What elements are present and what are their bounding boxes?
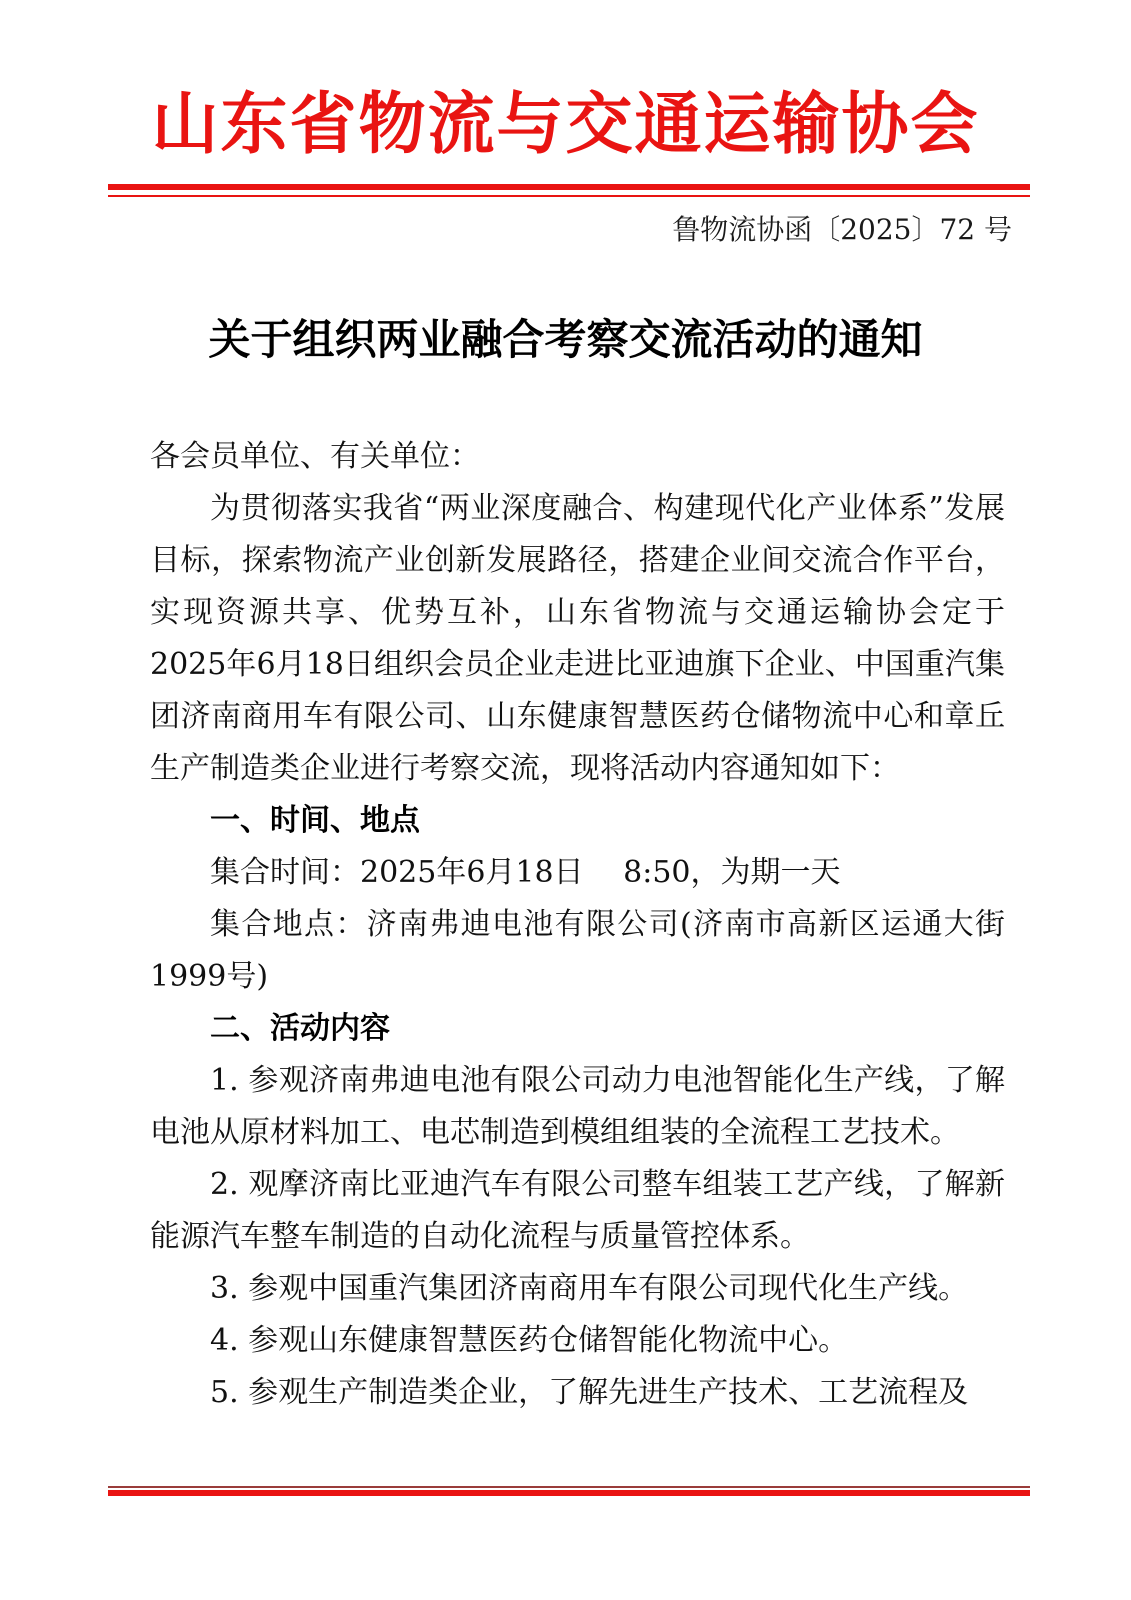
footer-rule-thick-line (108, 1490, 1030, 1496)
activity-item-3: 3. 参观中国重汽集团济南商用车有限公司现代化生产线。 (150, 1263, 1005, 1315)
section-heading-activities: 二、活动内容 (150, 1003, 1005, 1055)
footer-double-rule (108, 1486, 1030, 1496)
letterhead-title: 山东省物流与交通运输协会 (0, 84, 1131, 164)
section-heading-time-place: 一、时间、地点 (150, 795, 1005, 847)
document-number: 鲁物流协函〔2025〕72 号 (0, 213, 1012, 247)
activity-item-2: 2. 观摩济南比亚迪汽车有限公司整车组装工艺产线，了解新能源汽车整车制造的自动化… (150, 1159, 1005, 1263)
salutation: 各会员单位、有关单位： (150, 431, 1005, 483)
meeting-time-line: 集合时间：2025年6月18日 8:50，为期一天 (150, 847, 1005, 899)
intro-paragraph: 为贯彻落实我省“两业深度融合、构建现代化产业体系”发展目标，探索物流产业创新发展… (150, 483, 1005, 795)
document-title: 关于组织两业融合考察交流活动的通知 (0, 317, 1131, 363)
activity-item-1: 1. 参观济南弗迪电池有限公司动力电池智能化生产线，了解电池从原材料加工、电芯制… (150, 1055, 1005, 1159)
activity-item-5: 5. 参观生产制造类企业，了解先进生产技术、工艺流程及 (150, 1367, 1005, 1419)
activity-item-4: 4. 参观山东健康智慧医药仓储智能化物流中心。 (150, 1315, 1005, 1367)
header-double-rule (108, 184, 1030, 197)
notice-page: 山东省物流与交通运输协会 鲁物流协函〔2025〕72 号 关于组织两业融合考察交… (0, 0, 1131, 1600)
meeting-place-line: 集合地点：济南弗迪电池有限公司(济南市高新区运通大街1999号) (150, 899, 1005, 1003)
header-rule-thin-line (108, 195, 1030, 197)
document-body: 各会员单位、有关单位： 为贯彻落实我省“两业深度融合、构建现代化产业体系”发展目… (150, 431, 1005, 1419)
header-rule-thick-line (108, 184, 1030, 190)
footer-rule-thin-line (108, 1486, 1030, 1488)
